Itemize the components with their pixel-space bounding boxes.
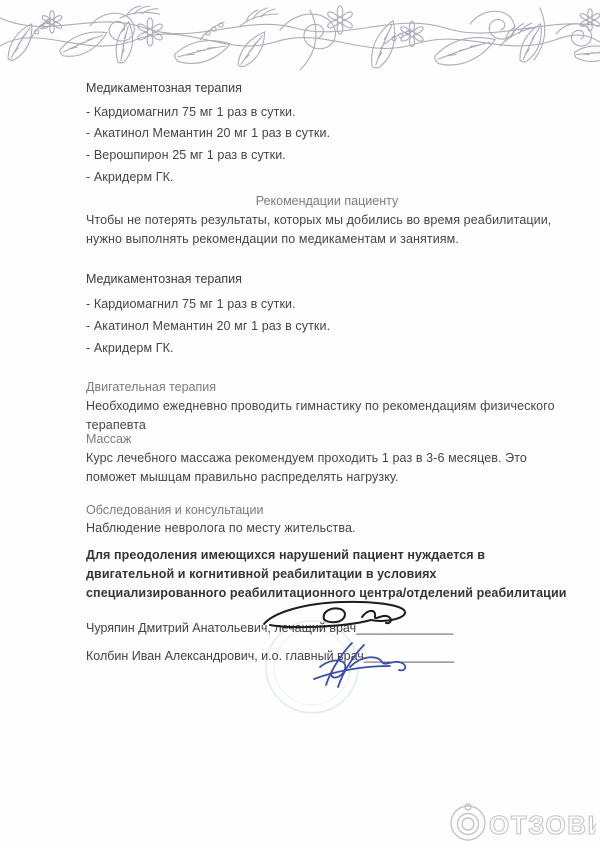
power-ring-icon (451, 804, 485, 840)
med-item: - Акридерм ГК. (86, 168, 568, 187)
conclusion-paragraph: Для преодоления имеющихся нарушений паци… (86, 546, 568, 603)
massage-body: Курс лечебного массажа рекомендуем прохо… (86, 449, 568, 487)
med-item: - Верошпирон 25 мг 1 раз в сутки. (86, 146, 568, 165)
section-heading-motor-therapy: Двигательная терапия (86, 380, 568, 394)
attending-doctor-signature (260, 597, 422, 645)
watermark-text: ОТЗОВИК (489, 810, 596, 840)
med-item: - Кардиомагнил 75 мг 1 раз в сутки. (86, 103, 568, 122)
med-item: - Кардиомагнил 75 мг 1 раз в сутки. (86, 295, 568, 314)
otzovik-watermark: ОТЗОВИК (446, 796, 596, 844)
floral-ornament-border (0, 0, 600, 78)
motor-therapy-body: Необходимо ежедневно проводить гимнастик… (86, 397, 568, 435)
scanned-document-page: Медикаментозная терапия - Кардиомагнил 7… (0, 0, 600, 848)
section-heading-med-therapy-2: Медикаментозная терапия (86, 272, 568, 286)
med-item: - Акатинол Мемантин 20 мг 1 раз в сутки. (86, 124, 568, 143)
head-doctor-signature (290, 639, 442, 691)
section-heading-massage: Массаж (86, 432, 568, 446)
section-heading-med-therapy-1: Медикаментозная терапия (86, 81, 568, 95)
section-heading-examinations: Обследования и консультации (86, 503, 568, 517)
med-item: - Акридерм ГК. (86, 339, 568, 358)
med-item: - Акатинол Мемантин 20 мг 1 раз в сутки. (86, 317, 568, 336)
examinations-body: Наблюдение невролога по месту жительства… (86, 519, 568, 538)
recommendations-body: Чтобы не потерять результаты, которых мы… (86, 211, 568, 249)
section-heading-recommendations: Рекомендации пациенту (86, 194, 568, 208)
